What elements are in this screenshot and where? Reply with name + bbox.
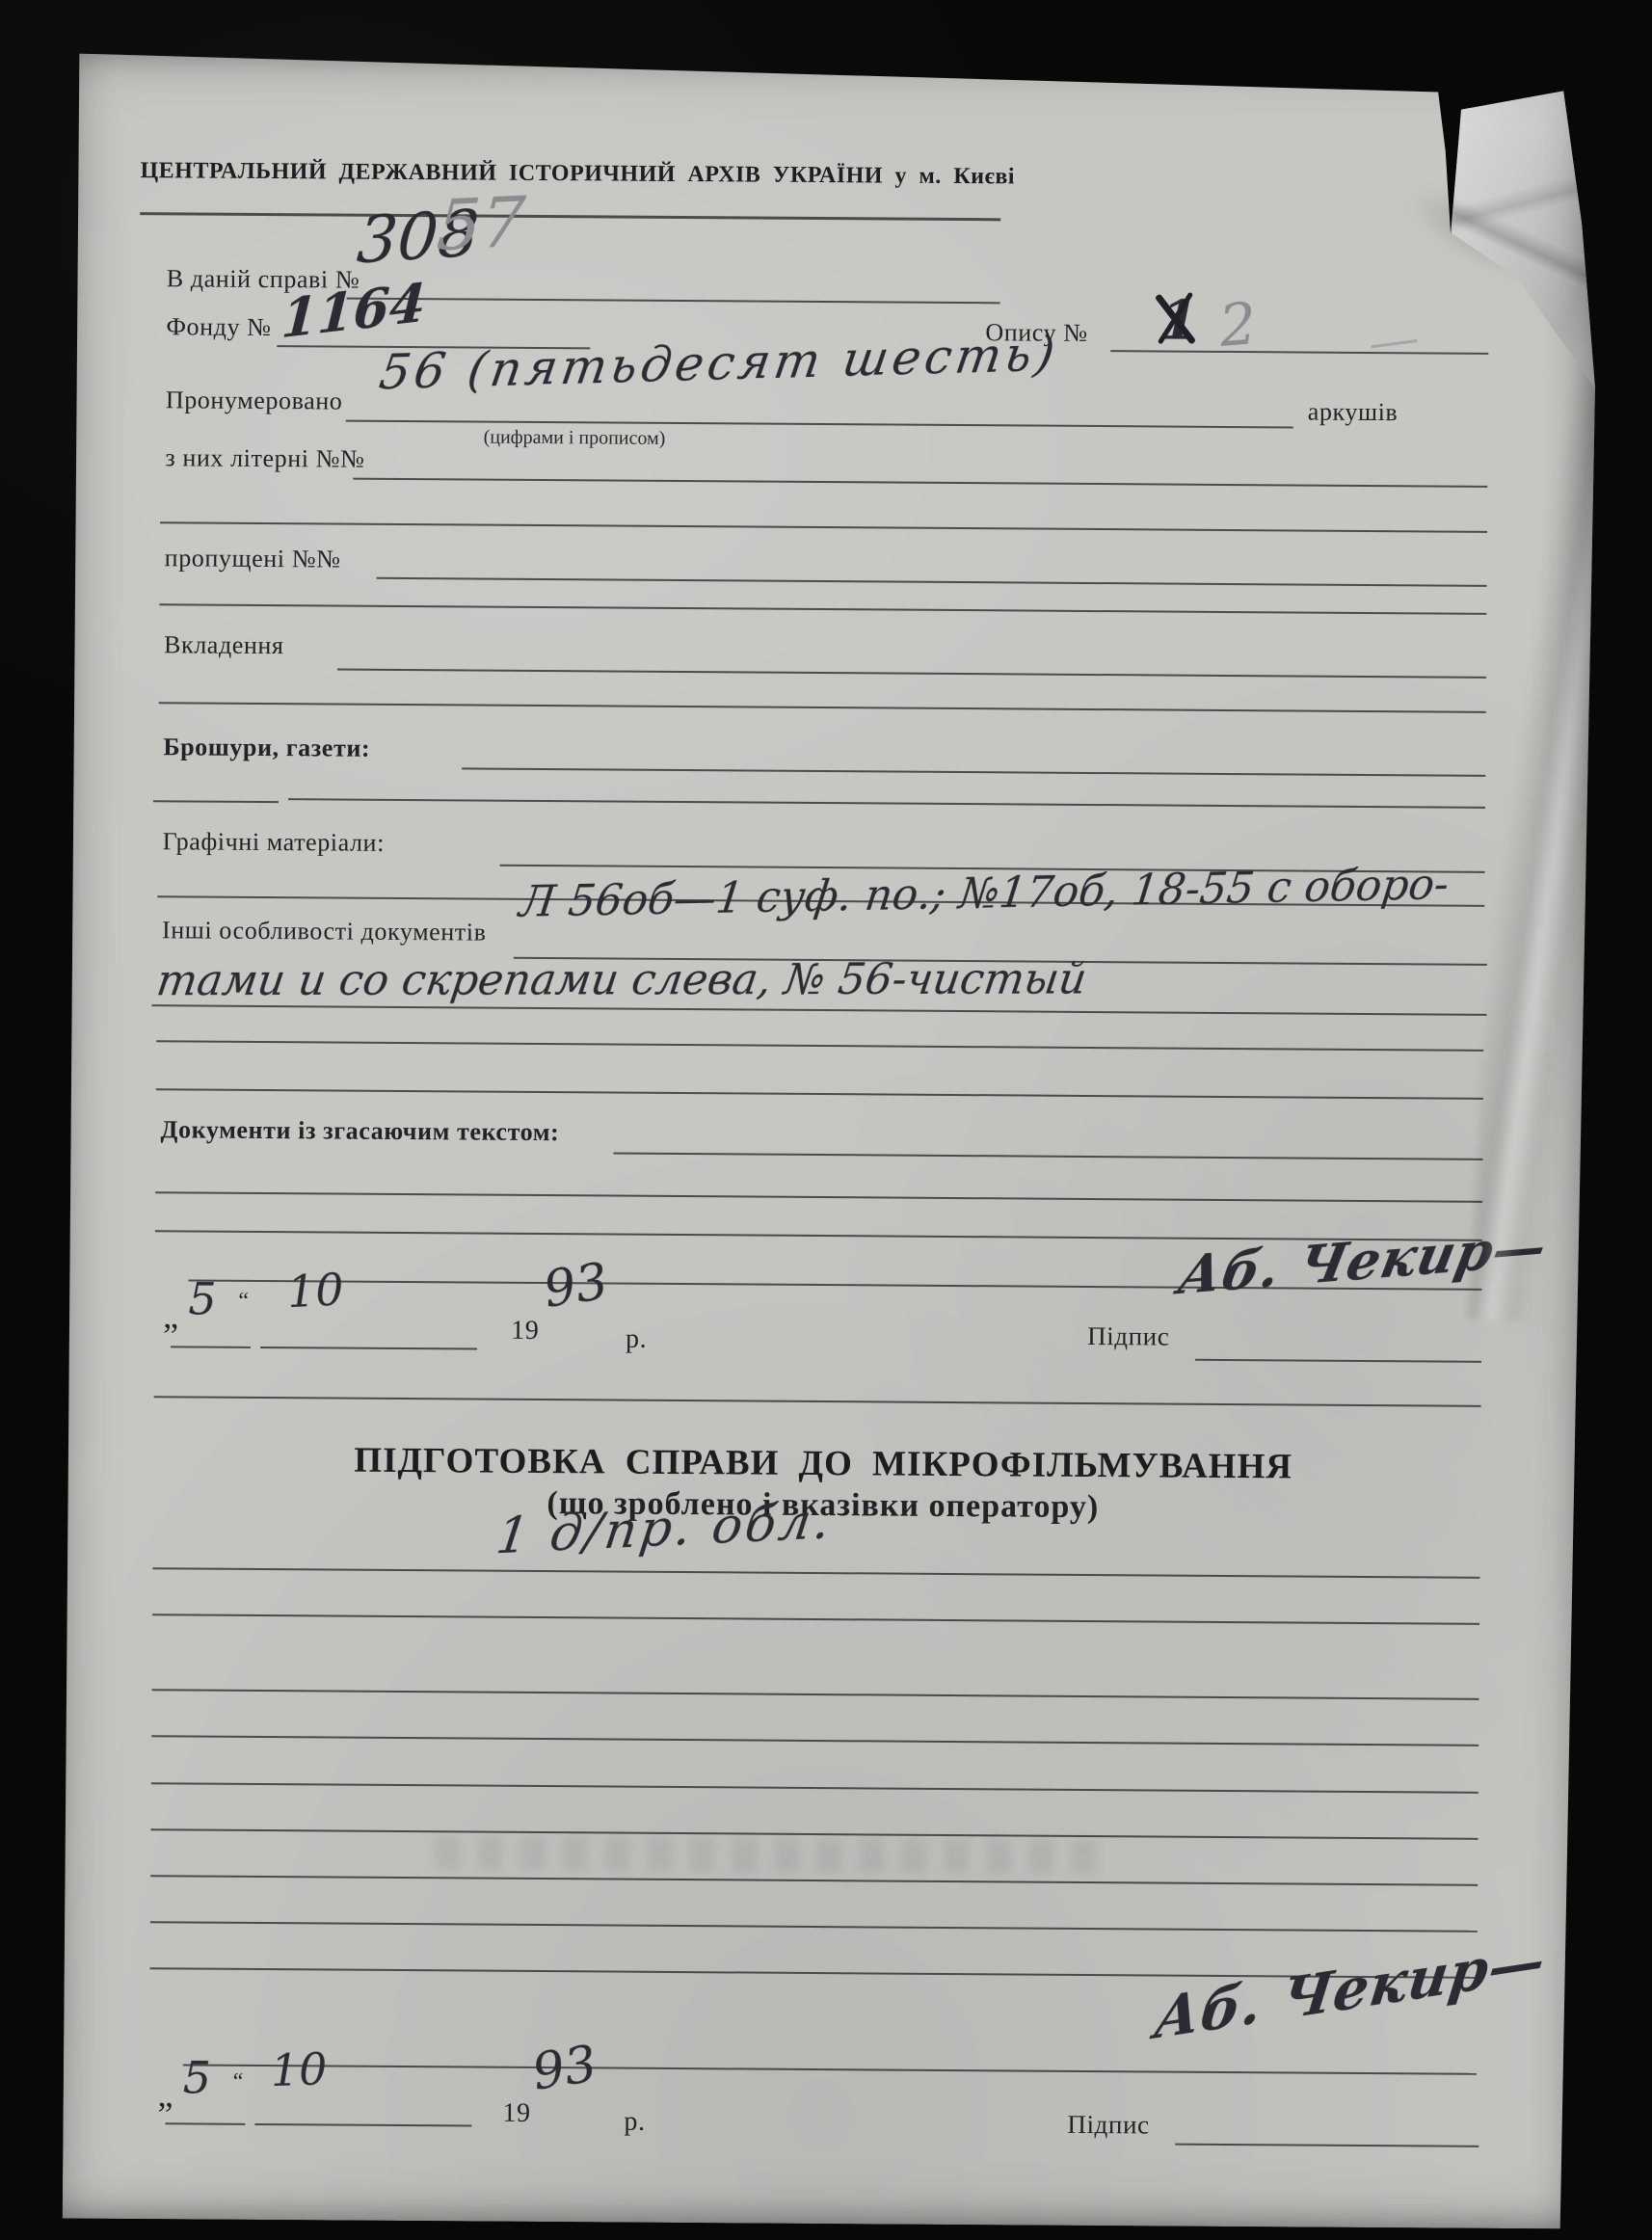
scanner-background: ЦЕНТРАЛЬНИЙ ДЕРЖАВНИЙ ІСТОРИЧНИЙ АРХІВ У… — [0, 0, 1652, 2240]
ruled-line — [150, 1921, 1478, 1933]
date-month-handwritten: 10 — [270, 2042, 328, 2096]
missing-nos-label: пропущені №№ — [165, 544, 341, 573]
date-year-handwritten: 93 — [540, 1253, 611, 1320]
date-year-handwritten: 93 — [529, 2036, 600, 2102]
signature-label: Підпис — [1087, 1321, 1169, 1352]
ruled-line — [347, 298, 1000, 305]
numbered-value-handwritten: 56 (пятьдесят шесть) — [376, 326, 1062, 401]
ruled-line — [152, 1689, 1479, 1700]
fond-label: Фонду № — [166, 312, 271, 342]
brochures-label: Брошури, газети: — [163, 733, 370, 762]
close-quote: “ — [233, 2069, 244, 2095]
ruled-line — [288, 798, 1485, 809]
ruled-line — [151, 1735, 1479, 1747]
ruled-line — [260, 1347, 477, 1350]
lettered-nos-label: з них літерні №№ — [165, 443, 364, 473]
date-century-printed: 19 — [502, 2098, 530, 2129]
ruled-line — [154, 1396, 1481, 1407]
ruled-line — [165, 2122, 245, 2125]
fading-text-label: Документи із згасаючим текстом: — [160, 1115, 559, 1147]
signature-label: Підпис — [1067, 2110, 1149, 2141]
ruled-line — [254, 2123, 471, 2127]
ruled-line — [150, 1875, 1478, 1886]
ruled-line — [151, 1004, 1486, 1016]
date-day-handwritten: 5 — [188, 1272, 217, 1324]
enclosures-label: Вкладення — [164, 630, 284, 660]
ruled-line — [337, 669, 1486, 679]
numbered-label: Пронумеровано — [166, 386, 343, 415]
close-quote: “ — [238, 1289, 249, 1315]
ruled-line — [152, 1613, 1479, 1625]
ruled-line — [151, 1782, 1479, 1794]
ruled-line — [156, 1040, 1483, 1052]
archive-title: ЦЕНТРАЛЬНИЙ ДЕРЖАВНИЙ ІСТОРИЧНИЙ АРХІВ У… — [140, 158, 1000, 190]
other-features-handwritten-line2: тами и со скрепами слева, № 56-чистый — [153, 955, 1089, 1006]
ruled-line — [183, 2064, 1477, 2074]
case-number-pencil-handwritten: 57 — [435, 181, 528, 266]
open-quote: „ — [163, 1295, 179, 1336]
date-century-printed: 19 — [511, 1316, 539, 1347]
ruled-line — [613, 1153, 1482, 1160]
ruled-line — [353, 478, 1487, 488]
ruled-line — [160, 521, 1487, 533]
microfilm-heading: ПІДГОТОВКА СПРАВИ ДО МІКРОФІЛЬМУВАННЯ — [293, 1439, 1353, 1488]
ruled-line — [140, 212, 1000, 221]
ruled-line — [153, 800, 279, 803]
numbered-hint: (цифрами і прописом) — [484, 427, 666, 450]
bleed-through-smudge — [435, 1835, 1100, 1875]
ruled-line — [377, 577, 1487, 587]
ruled-line — [462, 767, 1485, 776]
opys-number-pencil-handwritten: 2 — [1217, 290, 1260, 360]
other-features-handwritten-line1: Л 56об—1 суф. по.; №17об, 18-55 с оборо- — [517, 860, 1452, 927]
date-suffix: р. — [624, 2107, 645, 2138]
date-suffix: р. — [626, 1324, 647, 1355]
ruled-line — [152, 1567, 1479, 1579]
date-day-handwritten: 5 — [183, 2051, 212, 2103]
paper-crease — [1468, 357, 1612, 1324]
ruled-line — [1195, 1359, 1481, 1363]
signature-script: Аб. Чекир— — [1173, 1214, 1553, 1307]
date-month-handwritten: 10 — [286, 1264, 345, 1319]
sheets-label: аркушів — [1308, 398, 1399, 428]
document-paper: ЦЕНТРАЛЬНИЙ ДЕРЖАВНИЙ ІСТОРИЧНИЙ АРХІВ У… — [57, 50, 1600, 2229]
ruled-line — [1175, 2144, 1479, 2147]
ruled-line — [159, 702, 1486, 713]
ruled-line — [155, 1191, 1482, 1203]
pencil-dash-mark — [1371, 339, 1417, 348]
other-features-label: Інші особливості документів — [162, 916, 487, 947]
ruled-line — [159, 603, 1486, 615]
signature-script: Аб. Чекир— — [1151, 1926, 1550, 2052]
ruled-line — [171, 1346, 251, 1348]
open-quote: „ — [157, 2074, 173, 2115]
ruled-line — [156, 1088, 1483, 1100]
graphics-label: Графічні матеріали: — [163, 827, 385, 858]
